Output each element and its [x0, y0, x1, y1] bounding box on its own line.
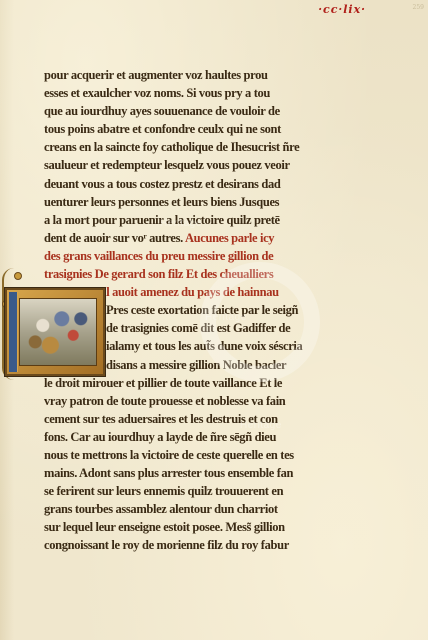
rubric-line: des grans vaillances du preu messire gil… [44, 247, 332, 265]
manuscript-page: ·cc·lix· 259 pour acquerir et augmenter … [0, 0, 428, 640]
text-segment: dent de auoir sur voʳ autres. [44, 231, 183, 245]
text-line: grans tourbes assamblez alentour dun cha… [44, 500, 332, 518]
text-line: pour acquerir et augmenter voz haultes p… [44, 66, 332, 84]
text-line-with-rubric: dent de auoir sur voʳ autres. Aucunes pa… [44, 229, 332, 247]
text-line: creans en la saincte foy catholique de I… [44, 138, 332, 156]
folio-marking: ·cc·lix· [318, 3, 366, 16]
text-line: congnoissant le roy de morienne filz du … [44, 536, 332, 554]
text-line: nous te mettrons la victoire de ceste qu… [44, 446, 332, 464]
initial-letter-stroke [9, 292, 18, 372]
rubric-segment: Aucunes parle icy [185, 231, 274, 245]
text-line: fons. Car au iourdhuy a layde de ñre sē… [44, 428, 332, 446]
text-line: sur lequel leur enseigne estoit posee. M… [44, 518, 332, 536]
battle-scene-miniature [19, 298, 97, 366]
watermark-text: Heritage [205, 312, 247, 323]
folio-number: 259 [413, 4, 424, 11]
gold-dot-ornament [14, 272, 22, 280]
watermark-text: Heritage [240, 420, 282, 431]
text-line: deuant vous a tous costez prestz et desi… [44, 175, 332, 193]
text-line: uenturer leurs personnes et leurs biens … [44, 193, 332, 211]
text-line: cement sur tes aduersaires et les destru… [44, 410, 332, 428]
text-line: tous poins abatre et confondre ceulx qui… [44, 120, 332, 138]
text-line: le droit mirouer et pillier de toute vai… [44, 374, 332, 392]
text-line: mains. Adont sans plus arrester tous ens… [44, 464, 332, 482]
text-line: esses et exaulcher voz noms. Si vous pry… [44, 84, 332, 102]
historiated-initial [5, 288, 105, 376]
watermark-text: Heritage [160, 218, 202, 229]
text-line: saulueur et redempteur lesquelz vous pou… [44, 156, 332, 174]
text-line: vray patron de toute prouesse et nobless… [44, 392, 332, 410]
text-line: se ferirent sur leurs ennemis quilz trou… [44, 482, 332, 500]
text-line: que au iourdhuy ayes souuenance de voulo… [44, 102, 332, 120]
